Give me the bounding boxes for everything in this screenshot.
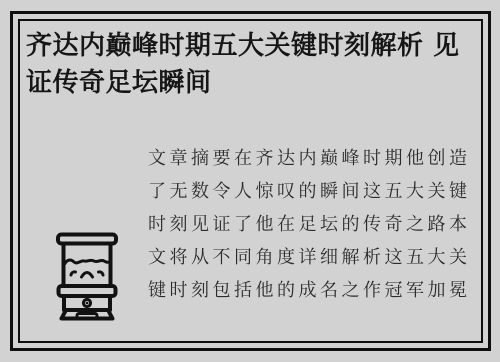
article-page: { "title": { "text": "齐达内巅峰时期五大关键时刻解析 见证… xyxy=(0,0,500,362)
summary-line: 键时刻包括他的成名之作冠军加冕 xyxy=(148,274,478,307)
article-title: 齐达内巅峰时期五大关键时刻解析 见 证传奇足坛瞬间 xyxy=(26,28,473,102)
summary-line: 文将从不同角度详细解析这五大关 xyxy=(148,241,478,274)
summary-line: 文章摘要在齐达内巅峰时期他创造 xyxy=(148,142,478,175)
title-line-2: 证传奇足坛瞬间 xyxy=(26,68,212,98)
summary-text: 文章摘要在齐达内巅峰时期他创造 了无数令人惊叹的瞬间这五大关键 时刻见证了他在足… xyxy=(148,142,478,321)
inner-border-frame: 齐达内巅峰时期五大关键时刻解析 见 证传奇足坛瞬间 xyxy=(18,19,483,343)
summary-line: 了无数令人惊叹的瞬间这五大关键 xyxy=(148,175,478,208)
dispenser-icon xyxy=(56,232,118,321)
summary-icon-column xyxy=(26,142,148,321)
summary-line: 时刻见证了他在足坛的传奇之路本 xyxy=(148,208,478,241)
summary-section: 文章摘要在齐达内巅峰时期他创造 了无数令人惊叹的瞬间这五大关键 时刻见证了他在足… xyxy=(26,142,473,321)
title-line-1: 齐达内巅峰时期五大关键时刻解析 见 xyxy=(26,31,460,61)
outer-border-frame: 齐达内巅峰时期五大关键时刻解析 见 证传奇足坛瞬间 xyxy=(10,11,491,351)
